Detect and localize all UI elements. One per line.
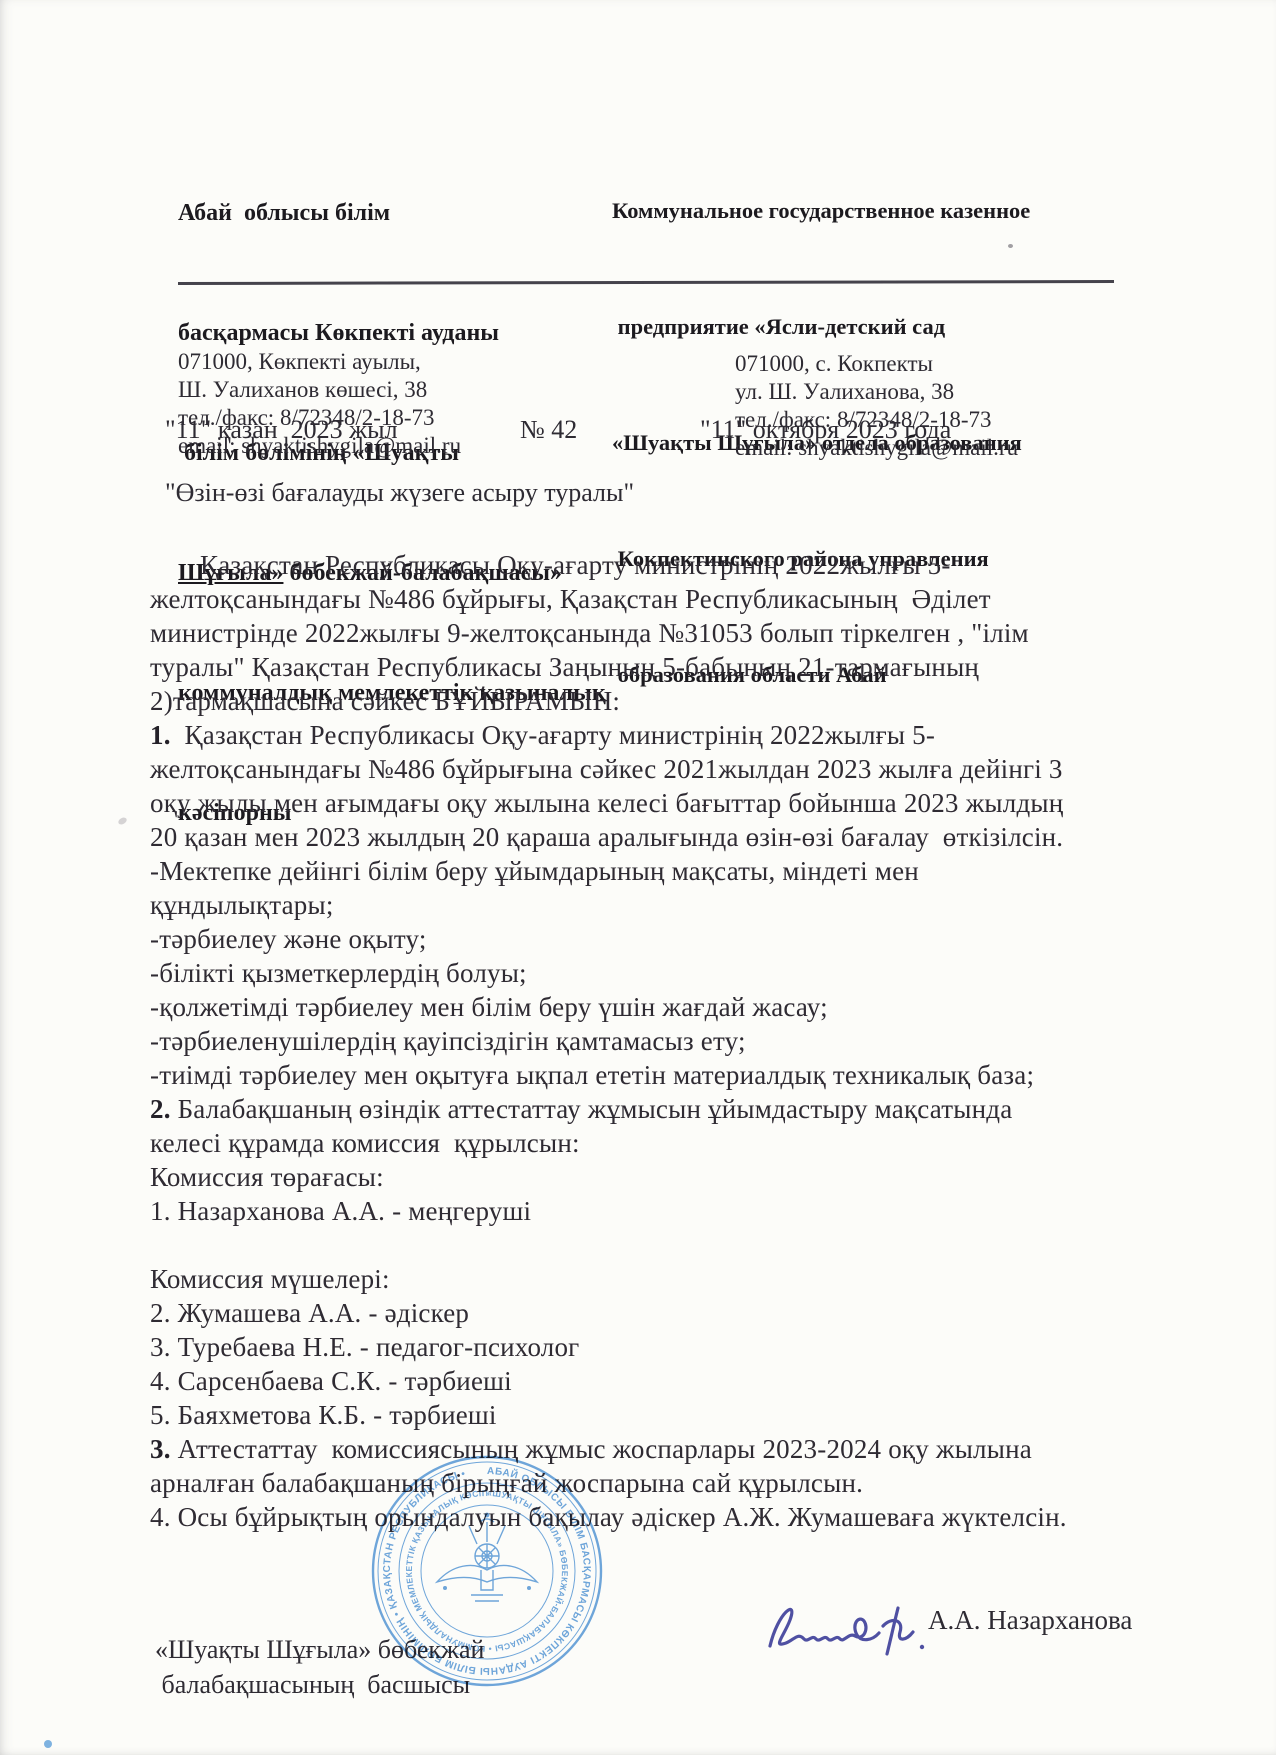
body-line-text: -білікті қызметкерлердің болуы; [150, 958, 527, 988]
body-line-text: Қазақстан Республикасы Оқу-ағарту минист… [200, 550, 951, 580]
scan-speck [117, 816, 128, 826]
body-line: келесі құрамда комиссия құрылсын: [150, 1126, 1220, 1160]
body-line [150, 1228, 1220, 1262]
body-line: оқу жылы мен ағымдағы оқу жылына келесі … [150, 786, 1220, 820]
body-line: -білікті қызметкерлердің болуы; [150, 956, 1220, 990]
official-stamp: АБАЙ ОБЛЫСЫ БІЛІМ БАСҚАРМАСЫ КӨКПЕКТІ АУ… [368, 1452, 606, 1690]
address-line: ул. Ш. Уалиханова, 38 [735, 378, 1018, 406]
body-line: -тәрбиелеу және оқыту; [150, 922, 1220, 956]
body-line: Комиссия төрағасы: [150, 1160, 1220, 1194]
body-line: 3. Аттестаттау комиссиясының жұмыс жоспа… [150, 1432, 1220, 1466]
body-line: 1. Қазақстан Республикасы Оқу-ағарту мин… [150, 718, 1220, 752]
body-line-text: 20 қазан мен 2023 жылдың 20 қараша аралы… [150, 822, 1063, 852]
body-line: туралы" Қазақстан Республикасы Заңының 5… [150, 650, 1220, 684]
body-line: Қазақстан Республикасы Оқу-ағарту минист… [150, 548, 1220, 582]
body-line-text: 4. Сарсенбаева С.К. - тәрбиеші [150, 1366, 512, 1396]
signature-scribble [752, 1584, 952, 1679]
body-line-text: 4. Осы бұйрықтың орындалуын бақылау әдіс… [150, 1502, 1067, 1532]
body-line: 2)тармақшасына сәйкес БҰЙЫРАМЫН: [150, 684, 1220, 718]
body-line: 1. Назарханова А.А. - меңгеруші [150, 1194, 1220, 1228]
body-line-text: 2. Жумашева А.А. - әдіскер [150, 1298, 469, 1328]
body-line-text: министрінде 2022жылғы 9-желтоқсанында №3… [150, 618, 1029, 648]
address-line: 071000, с. Кокпекты [735, 350, 1018, 378]
date-row: "11" қазан 2023 жыл № 42 "11" октября 20… [0, 415, 1276, 449]
body-line-text: -Мектепке дейінгі білім беру ұйымдарының… [150, 856, 919, 886]
body-line-number: 1. [150, 720, 171, 750]
order-number: № 42 [520, 415, 577, 445]
body-line-text: -тәрбиеленушілердің қауіпсіздігін қамтам… [150, 1026, 746, 1056]
kazakhstan-emblem-icon [437, 1513, 537, 1601]
body-line-text: желтоқсанындағы №486 бұйрығына сәйкес 20… [150, 754, 1063, 784]
body-line-text: 3. Туребаева Н.Е. - педагог-психолог [150, 1332, 579, 1362]
body-line-text: 1. Назарханова А.А. - меңгеруші [150, 1196, 531, 1226]
body-line-text: 2)тармақшасына сәйкес БҰЙЫРАМЫН: [150, 686, 620, 716]
body-line: -Мектепке дейінгі білім беру ұйымдарының… [150, 854, 1220, 888]
body-line-text: Балабақшаның өзіндік аттестаттау жұмысын… [171, 1094, 1013, 1124]
signer-name: А.А. Назарханова [928, 1605, 1132, 1636]
body-line-text: құндылықтары; [150, 890, 334, 920]
body-line: -қолжетімді тәрбиелеу мен білім беру үші… [150, 990, 1220, 1024]
body-line-text: -тиімді тәрбиелеу мен оқытуға ықпал етет… [150, 1060, 1034, 1090]
body-line-number: 3. [150, 1434, 171, 1464]
scanned-order-document: { "document": { "header_left": { "lines"… [0, 0, 1276, 1755]
scan-speck [44, 1740, 52, 1748]
body-line: -тәрбиеленушілердің қауіпсіздігін қамтам… [150, 1024, 1220, 1058]
body-line: министрінде 2022жылғы 9-желтоқсанында №3… [150, 616, 1220, 650]
body-line-text: оқу жылы мен ағымдағы оқу жылына келесі … [150, 788, 1063, 818]
body-line: арналған балабақшаның бірыңғай жоспарына… [150, 1466, 1220, 1500]
address-line: Ш. Уалиханов көшесі, 38 [178, 376, 461, 404]
body-line: Комиссия мүшелері: [150, 1262, 1220, 1296]
body-line: құндылықтары; [150, 888, 1220, 922]
letterhead-text: Абай облысы білім [178, 200, 390, 226]
letterhead-line: Абай облысы білім [178, 198, 606, 228]
body-line: 2. Балабақшаның өзіндік аттестаттау жұмы… [150, 1092, 1220, 1126]
body-line: 4. Осы бұйрықтың орындалуын бақылау әдіс… [150, 1500, 1220, 1534]
body-line: 4. Сарсенбаева С.К. - тәрбиеші [150, 1364, 1220, 1398]
body-line-text: 5. Баяхметова К.Б. - тәрбиеші [150, 1400, 497, 1430]
body-line-text: -тәрбиелеу және оқыту; [150, 924, 427, 954]
body-line: желтоқсанындағы №486 бұйрығы, Қазақстан … [150, 582, 1220, 616]
body-line-text: Комиссия мүшелері: [150, 1264, 390, 1294]
subject-line: "Өзін-өзі бағалауды жүзеге асыру туралы" [165, 478, 634, 508]
body-line-number: 2. [150, 1094, 171, 1124]
body-line: 3. Туребаева Н.Е. - педагог-психолог [150, 1330, 1220, 1364]
scan-speck [1008, 244, 1013, 248]
date-russian: "11" октября 2023 года [700, 415, 951, 445]
body-line: желтоқсанындағы №486 бұйрығына сәйкес 20… [150, 752, 1220, 786]
body-line-text: Қазақстан Республикасы Оқу-ағарту минист… [171, 720, 935, 750]
body-line-text: келесі құрамда комиссия құрылсын: [150, 1128, 580, 1158]
body-line-text: туралы" Қазақстан Республикасы Заңының 5… [150, 652, 979, 682]
letterhead-line: Коммунальное государственное казенное [612, 196, 1030, 225]
body-line-text: -қолжетімді тәрбиелеу мен білім беру үші… [150, 992, 828, 1022]
body-line: 2. Жумашева А.А. - әдіскер [150, 1296, 1220, 1330]
body-line-text: Комиссия төрағасы: [150, 1162, 384, 1192]
body-line: 20 қазан мен 2023 жылдың 20 қараша аралы… [150, 820, 1220, 854]
body-line-text: желтоқсанындағы №486 бұйрығы, Қазақстан … [150, 584, 991, 614]
date-kazakh: "11" қазан 2023 жыл [165, 415, 398, 445]
body-line: -тиімді тәрбиелеу мен оқытуға ықпал етет… [150, 1058, 1220, 1092]
address-line: 071000, Көкпекті ауылы, [178, 348, 461, 376]
order-body: Қазақстан Республикасы Оқу-ағарту минист… [150, 548, 1220, 1534]
body-line: 5. Баяхметова К.Б. - тәрбиеші [150, 1398, 1220, 1432]
